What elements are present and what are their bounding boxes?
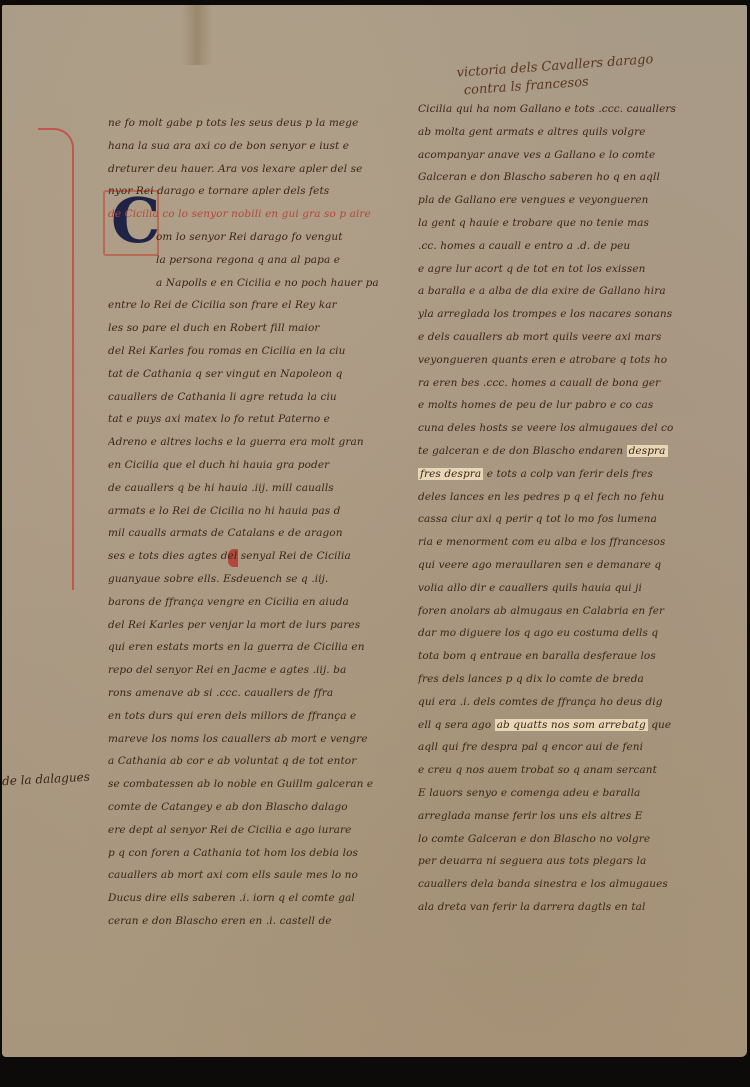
text-line: qui eren estats morts en la guerra de Ci… bbox=[108, 636, 378, 659]
text-line: entre lo Rei de Cicilia son frare el Rey… bbox=[108, 294, 378, 317]
text-line: yla arreglada los trompes e los nacares … bbox=[418, 303, 688, 326]
decorative-red-border bbox=[38, 128, 74, 590]
text-line: mareve los noms los cauallers ab mort e … bbox=[108, 728, 378, 751]
text-line: se combatessen ab lo noble en Guillm gal… bbox=[108, 773, 378, 796]
text-line: Ducus dire ells saberen .i. iorn q el co… bbox=[108, 887, 378, 910]
text-line: a baralla e a alba de dia exire de Galla… bbox=[418, 280, 688, 303]
text-line: ria e menorment com eu alba e los ffranc… bbox=[418, 531, 688, 554]
text-line: a Napolls e en Cicilia e no poch hauer p… bbox=[108, 272, 378, 295]
text-line: te galceran e de don Blascho endaren des… bbox=[418, 440, 688, 463]
text-line: e agre lur acort q de tot en tot los exi… bbox=[418, 258, 688, 281]
text-line: Galceran e don Blascho saberen ho q en a… bbox=[418, 166, 688, 189]
text-line: en Cicilia que el duch hi hauia gra pode… bbox=[108, 454, 378, 477]
text-line: veyongueren quants eren e atrobare q tot… bbox=[418, 349, 688, 372]
text-line: qui era .i. dels comtes de ffrança ho de… bbox=[418, 691, 688, 714]
highlighted-text: despra bbox=[627, 445, 668, 457]
text-line: de cauallers q be hi hauia .iij. mill ca… bbox=[108, 477, 378, 500]
text-line: qui veere ago meraullaren sen e demanare… bbox=[418, 554, 688, 577]
text-line: .cc. homes a cauall e entro a .d. de peu bbox=[418, 235, 688, 258]
text-line: armats e lo Rei de Cicilia no hi hauia p… bbox=[108, 500, 378, 523]
text-line: les so pare el duch en Robert fill maior bbox=[108, 317, 378, 340]
highlighted-text: fres despra bbox=[418, 468, 483, 480]
text-line: rons amenave ab si .ccc. cauallers de ff… bbox=[108, 682, 378, 705]
text-line: ses e tots dies agtes del senyal Rei de … bbox=[108, 545, 378, 568]
right-column: Cicilia qui ha nom Gallano e tots .ccc. … bbox=[418, 98, 688, 919]
text-line: la gent q hauie e trobare que no tenie m… bbox=[418, 212, 688, 235]
text-line: cauallers de Cathania li agre retuda la … bbox=[108, 386, 378, 409]
text-line: a Cathania ab cor e ab voluntat q de tot… bbox=[108, 750, 378, 773]
text-line: ne fo molt gabe p tots les seus deus p l… bbox=[108, 112, 378, 135]
text-line: e molts homes de peu de lur pabro e co c… bbox=[418, 394, 688, 417]
text-line: Cicilia qui ha nom Gallano e tots .ccc. … bbox=[418, 98, 688, 121]
text-line: volia allo dir e cauallers quils hauia q… bbox=[418, 577, 688, 600]
text-line: hana la sua ara axi co de bon senyor e i… bbox=[108, 135, 378, 158]
text-line: cauallers ab mort axi com ells saule mes… bbox=[108, 864, 378, 887]
text-line: arreglada manse ferir los uns els altres… bbox=[418, 805, 688, 828]
text-line: lo comte Galceran e don Blascho no volgr… bbox=[418, 828, 688, 851]
text-line: p q con foren a Cathania tot hom los deb… bbox=[108, 842, 378, 865]
text-line: deles lances en les pedres p q el fech n… bbox=[418, 486, 688, 509]
text-line: dreturer deu hauer. Ara vos lexare apler… bbox=[108, 158, 378, 181]
left-column: ne fo molt gabe p tots les seus deus p l… bbox=[108, 112, 378, 933]
text-line: e dels cauallers ab mort quils veere axi… bbox=[418, 326, 688, 349]
text-line: comte de Catangey e ab don Blascho dalag… bbox=[108, 796, 378, 819]
text-line: pla de Gallano ere vengues e veyongueren bbox=[418, 189, 688, 212]
text-line: E lauors senyo e comenga adeu e baralla bbox=[418, 782, 688, 805]
text-line: en tots durs qui eren dels millors de ff… bbox=[108, 705, 378, 728]
text-line: fres despra e tots a colp van ferir dels… bbox=[418, 463, 688, 486]
text-line: cauallers dela banda sinestra e los almu… bbox=[418, 873, 688, 896]
text-line: tat de Cathania q ser vingut en Napoleon… bbox=[108, 363, 378, 386]
text-line: ra eren bes .ccc. homes a cauall de bona… bbox=[418, 372, 688, 395]
text-line: om lo senyor Rei darago fo vengut bbox=[108, 226, 378, 249]
text-line: del Rei Karles per venjar la mort de lur… bbox=[108, 614, 378, 637]
text-line: tota bom q entraue en baralla desferaue … bbox=[418, 645, 688, 668]
text-line: cassa ciur axi q perir q tot lo mo fos l… bbox=[418, 508, 688, 531]
text-line: Adreno e altres lochs e la guerra era mo… bbox=[108, 431, 378, 454]
text-line: cuna deles hosts se veere los almugaues … bbox=[418, 417, 688, 440]
text-line: repo del senyor Rei en Jacme e agtes .ii… bbox=[108, 659, 378, 682]
text-line: ab molta gent armats e altres quils volg… bbox=[418, 121, 688, 144]
text-line: tat e puys axi matex lo fo retut Paterno… bbox=[108, 408, 378, 431]
heading-note: victoria dels Cavallers darago contra ls… bbox=[456, 45, 738, 100]
text-line: barons de ffrança vengre en Cicilia en a… bbox=[108, 591, 378, 614]
text-line: aqll qui fre despra pal q encor aui de f… bbox=[418, 736, 688, 759]
text-line: ell q sera ago ab quatts nos som arrebat… bbox=[418, 714, 688, 737]
text-line: per deuarra ni seguera aus tots plegars … bbox=[418, 850, 688, 873]
text-line: e creu q nos auem trobat so q anam serca… bbox=[418, 759, 688, 782]
text-line: acompanyar anave ves a Gallano e lo comt… bbox=[418, 144, 688, 167]
text-line: dar mo diguere los q ago eu costuma dell… bbox=[418, 622, 688, 645]
text-line: ceran e don Blascho eren en .i. castell … bbox=[108, 910, 378, 933]
highlighted-text: ab quatts nos som arrebatg bbox=[495, 719, 648, 731]
text-line: foren anolars ab almugaus en Calabria en… bbox=[418, 600, 688, 623]
text-line: guanyaue sobre ells. Esdeuench se q .iij… bbox=[108, 568, 378, 591]
text-line: del Rei Karles fou romas en Cicilia en l… bbox=[108, 340, 378, 363]
text-line: mil caualls armats de Catalans e de arag… bbox=[108, 522, 378, 545]
text-line: la persona regona q ana al papa e bbox=[108, 249, 378, 272]
text-line: de Cicilia co lo senyor nobili en gui gr… bbox=[108, 203, 378, 226]
text-line: fres dels lances p q dix lo comte de bre… bbox=[418, 668, 688, 691]
text-line: ere dept al senyor Rei de Cicilia e ago … bbox=[108, 819, 378, 842]
text-line: nyor Rei darago e tornare apler dels fet… bbox=[108, 180, 378, 203]
text-line: ala dreta van ferir la darrera dagtls en… bbox=[418, 896, 688, 919]
